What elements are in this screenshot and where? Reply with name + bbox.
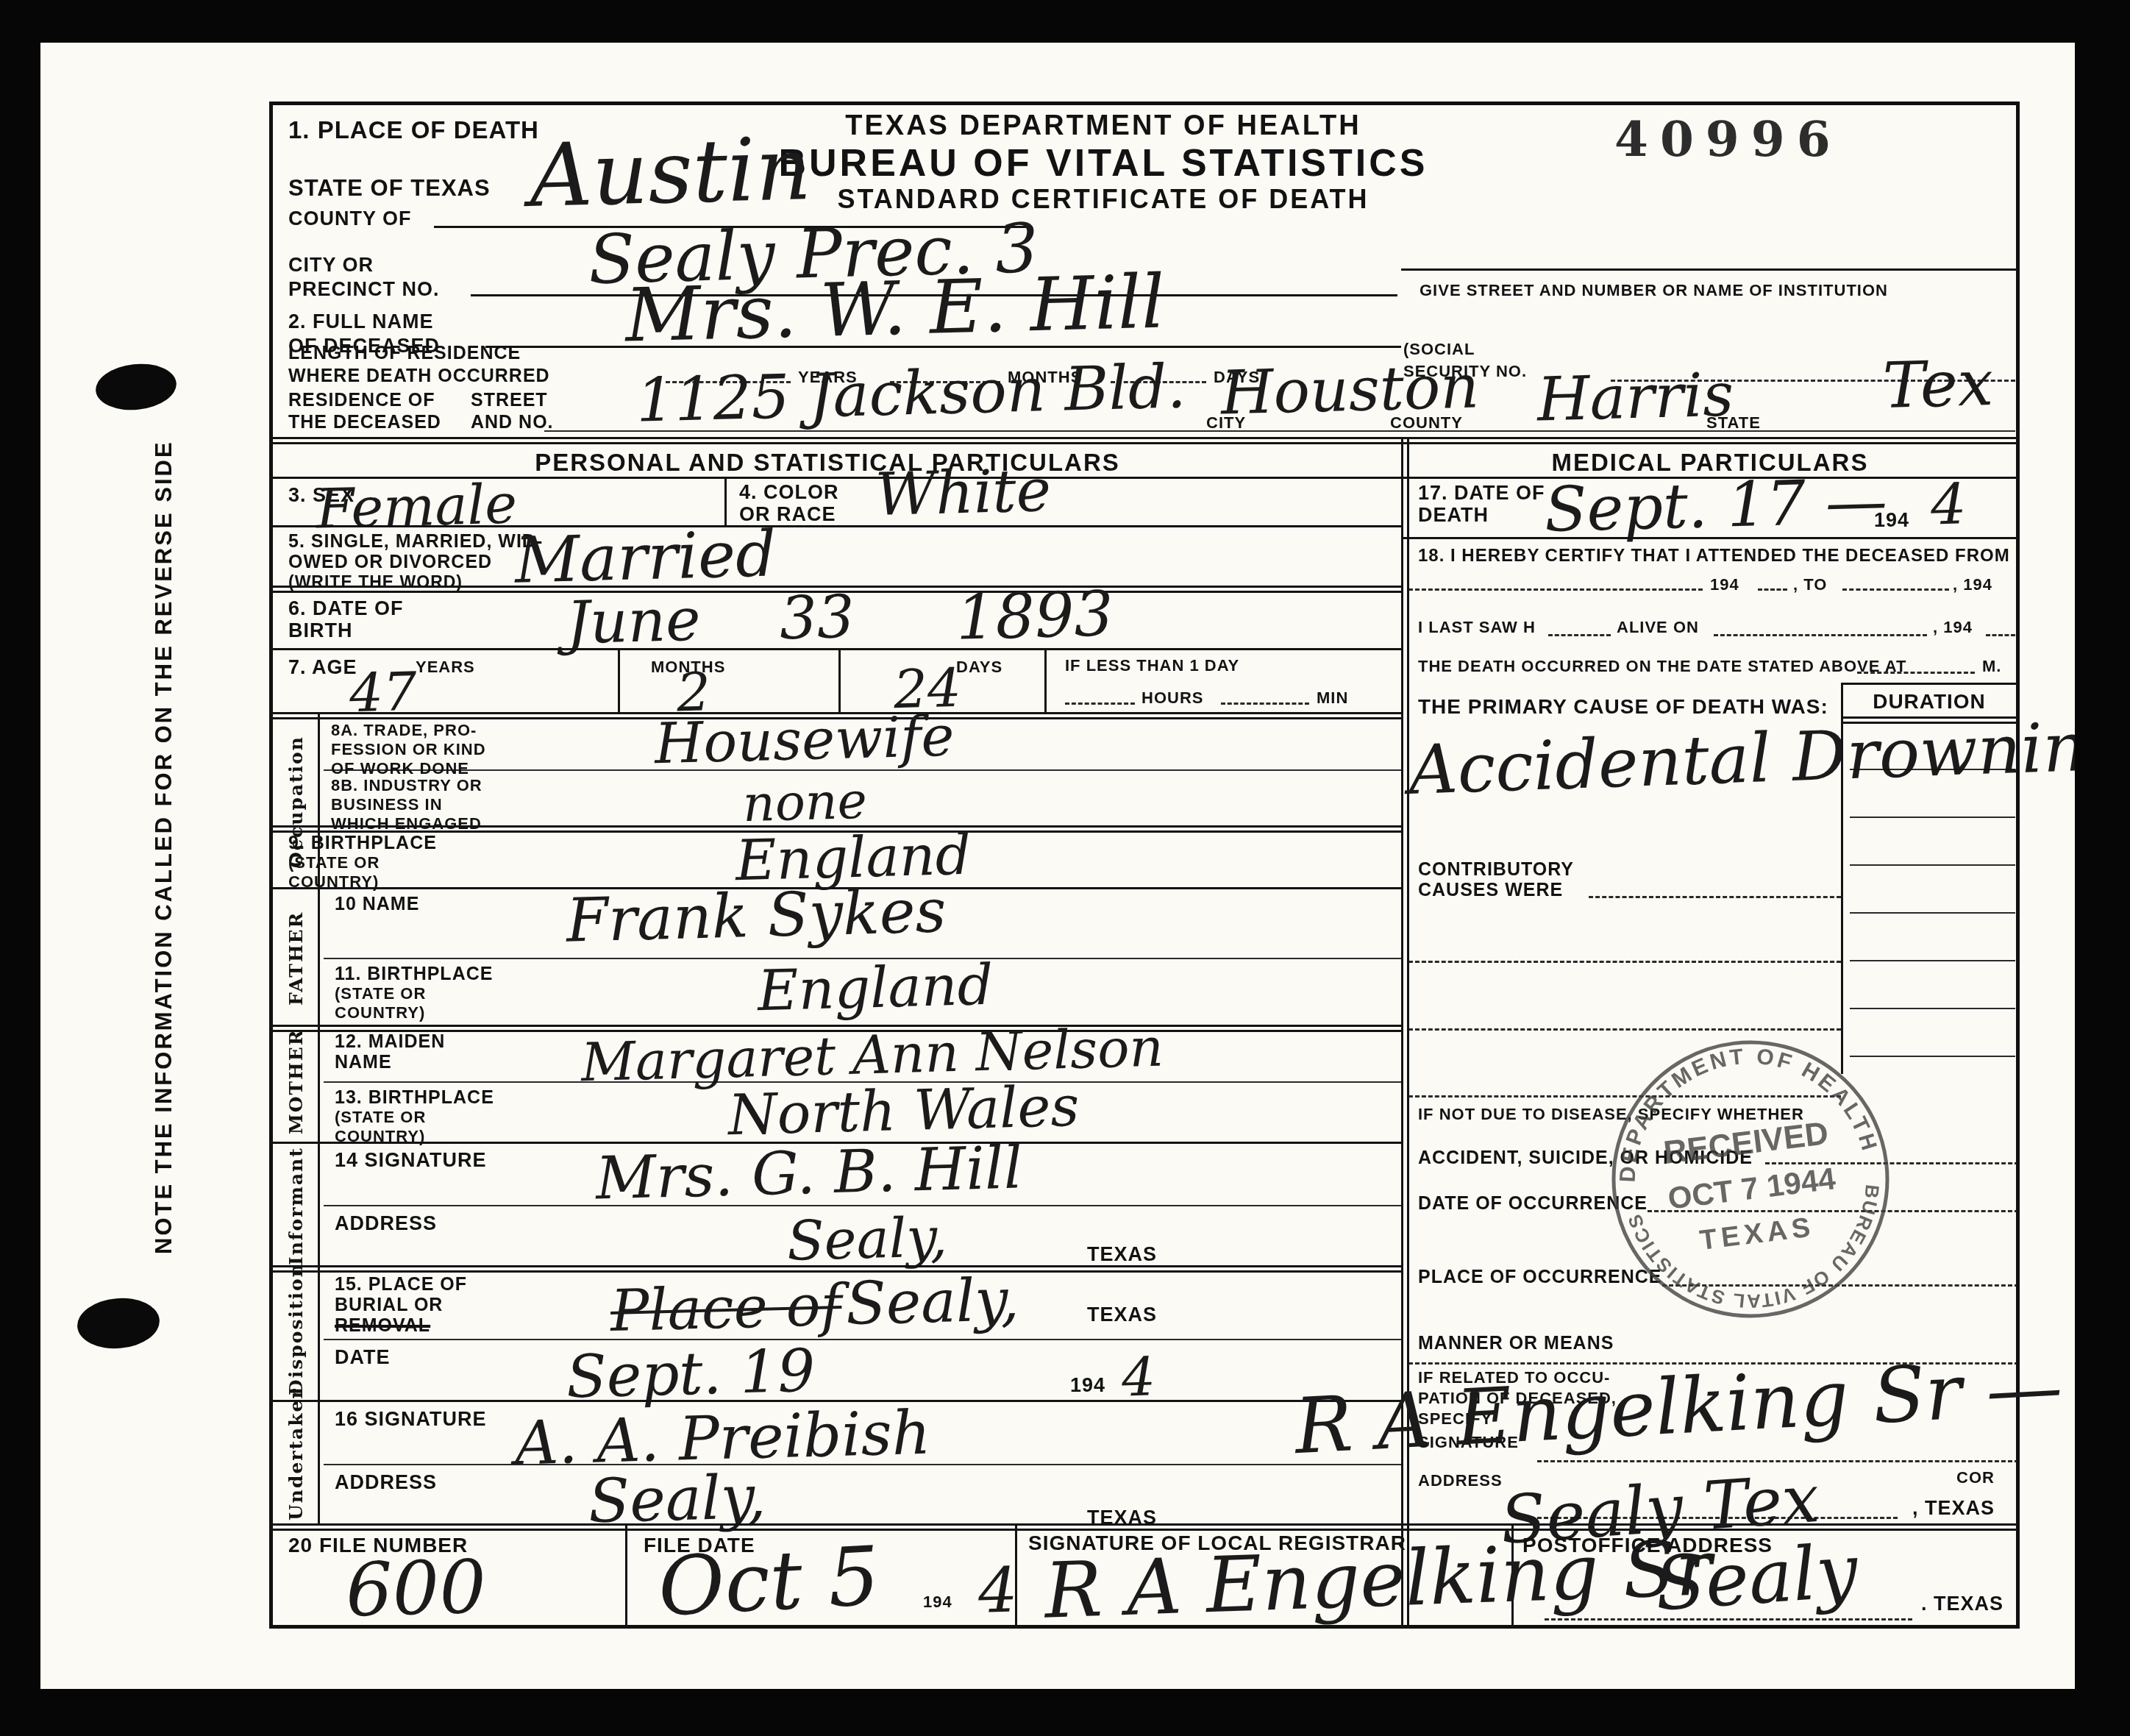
blank-line: [1408, 588, 1703, 591]
occupation-8a-label-2: FESSION OR KIND: [331, 740, 486, 759]
burial-date-label: DATE: [335, 1346, 391, 1369]
informant-address-state: TEXAS: [1087, 1243, 1157, 1266]
blank-line: [1548, 634, 1611, 636]
full-name-value: Mrs. W. E. Hill: [624, 265, 1166, 352]
blank-line: [1986, 634, 2015, 636]
blank-line: [1714, 634, 1927, 636]
date-of-death-label-2: DEATH: [1418, 504, 1489, 527]
standard-title: STANDARD CERTIFICATE OF DEATH: [699, 184, 1508, 215]
blank-line: [1537, 1460, 2019, 1462]
burial-label-removal-struck: REMOVAL: [335, 1315, 430, 1337]
primary-cause-label: THE PRIMARY CAUSE OF DEATH WAS:: [1418, 695, 1828, 719]
age-min-label: MIN: [1317, 689, 1348, 708]
undertaker-address-value: Sealy,: [588, 1468, 766, 1532]
scan-edge: [0, 1690, 2130, 1736]
burial-struck-text: Place of: [610, 1277, 842, 1340]
stamp-texas-text: TEXAS: [1698, 1212, 1817, 1256]
blank-line: [1842, 588, 1949, 591]
received-stamp: DEPARTMENT OF HEALTH RECEIVED OCT 7 1944…: [1591, 1020, 1911, 1340]
rule-line: [1850, 769, 2015, 770]
rule-line: [1401, 537, 2019, 539]
date-of-death-value: Sept. 17 —: [1544, 470, 1888, 541]
blank-line: [1857, 672, 1975, 674]
street-label-2: AND NO.: [471, 412, 554, 433]
residence-county-value: Harris: [1536, 366, 1734, 431]
city-label-2: PRECINCT NO.: [288, 278, 440, 301]
last-saw-label-3: , 194: [1933, 618, 1973, 637]
burial-label-1: 15. PLACE OF: [335, 1274, 467, 1295]
color-value: White: [875, 461, 1052, 524]
occupation-8b-label-1: 8B. INDUSTRY OR: [331, 776, 482, 795]
informant-side-label: Informant: [285, 1148, 307, 1265]
cell-divider: [625, 1523, 627, 1629]
postoffice-value: Sealy: [1653, 1534, 1860, 1622]
blank-line: [1408, 1028, 1841, 1031]
cell-divider: [1044, 648, 1047, 714]
duration-label: DURATION: [1841, 690, 2017, 714]
last-saw-label-2: ALIVE ON: [1617, 618, 1699, 637]
blank-line: [1408, 961, 1841, 963]
age-less-than-day-label: IF LESS THAN 1 DAY: [1065, 656, 1239, 675]
certify-year-pre-1: 194: [1710, 575, 1739, 594]
burial-state-label: TEXAS: [1087, 1303, 1157, 1326]
contributory-label-1: CONTRIBUTORY: [1418, 859, 1574, 881]
informant-signature-value: Mrs. G. B. Hill: [595, 1138, 1023, 1208]
manner-means-label: MANNER OR MEANS: [1418, 1333, 1614, 1354]
blank-line: [1545, 1618, 1912, 1621]
cell-divider: [618, 648, 620, 714]
length-residence-label-2: WHERE DEATH OCCURRED: [288, 366, 550, 387]
rule-line: [1850, 817, 2015, 818]
county-value: Austin: [529, 125, 813, 219]
birthplace-9-label-2: (STATE OR: [288, 853, 380, 872]
side-strip-divider: [318, 1142, 320, 1267]
mother-side-label: MOTHER: [285, 1031, 307, 1134]
sex-value: Female: [316, 477, 518, 536]
informant-signature-label: 14 SIGNATURE: [335, 1149, 487, 1172]
date-of-death-year-pre: 194: [1874, 509, 1909, 532]
burial-date-year-pre: 194: [1070, 1374, 1105, 1397]
scanned-death-certificate: NOTE THE INFORMATION CALLED FOR ON THE R…: [0, 0, 2130, 1736]
medical-address-state: , TEXAS: [1912, 1497, 1995, 1520]
rule-line: [269, 1265, 1401, 1273]
scan-edge: [2075, 0, 2130, 1736]
side-strip-divider: [318, 1265, 320, 1401]
rule-line: [1850, 912, 2015, 914]
cell-divider: [838, 648, 841, 714]
rule-line: [544, 430, 2015, 432]
certify-label: 18. I HEREBY CERTIFY THAT I ATTENDED THE…: [1418, 546, 2010, 566]
stamp-date-text: OCT 7 1944: [1666, 1161, 1837, 1216]
rule-line: [269, 648, 1401, 650]
bureau-title: BUREAU OF VITAL STATISTICS: [699, 141, 1508, 185]
age-hours-label: HOURS: [1141, 689, 1203, 708]
received-stamp-svg: DEPARTMENT OF HEALTH RECEIVED OCT 7 1944…: [1591, 1020, 1911, 1340]
state-of-texas-label: STATE OF TEXAS: [288, 175, 491, 202]
date-of-death-label-1: 17. DATE OF: [1418, 482, 1545, 505]
street-label-1: STREET: [471, 390, 548, 411]
place-of-death-label: 1. PLACE OF DEATH: [288, 116, 539, 144]
residence-label-1: RESIDENCE OF: [288, 390, 435, 411]
date-of-death-year-hw: 4: [1930, 476, 1967, 533]
rule-line: [485, 346, 1401, 348]
occupation-8b-value: none: [742, 777, 868, 830]
stamp-arc-top-text: DEPARTMENT OF HEALTH: [1601, 1029, 1883, 1186]
side-strip-divider: [318, 1400, 320, 1525]
blank-line: [1589, 896, 1841, 898]
certificate-number-stamp: 40996: [1614, 110, 1842, 168]
death-occurred-m-label: M.: [1982, 657, 2001, 676]
rule-line: [1850, 864, 2015, 866]
father-birthplace-label-3: COUNTRY): [335, 1003, 425, 1022]
father-side-label: FATHER: [285, 894, 307, 1022]
length-residence-label-1: LENGTH OF RESIDENCE: [288, 343, 521, 364]
undertaker-side-label: Undertaker: [285, 1406, 307, 1520]
death-occurred-label: THE DEATH OCCURRED ON THE DATE STATED AB…: [1418, 657, 1906, 676]
mother-maiden-label-1: 12. MAIDEN: [335, 1031, 445, 1053]
postoffice-state: . TEXAS: [1921, 1593, 2003, 1615]
dob-month-value: June: [566, 591, 702, 653]
burial-place-value: Sealy,: [845, 1270, 1019, 1334]
rule-line: [1841, 716, 2019, 724]
mother-birthplace-value: North Wales: [727, 1078, 1080, 1143]
undertaker-address-label: ADDRESS: [335, 1471, 437, 1494]
marital-label-2: OWED OR DIVORCED: [288, 552, 492, 573]
city-label-1: CITY OR: [288, 254, 374, 277]
age-label: 7. AGE: [288, 656, 357, 679]
residence-state-value: Tex: [1882, 352, 1994, 418]
mother-maiden-label-2: NAME: [335, 1052, 392, 1073]
undertaker-signature-label: 16 SIGNATURE: [335, 1408, 487, 1431]
residence-label-2: THE DECEASED: [288, 412, 441, 433]
mother-birthplace-label-1: 13. BIRTHPLACE: [335, 1087, 494, 1109]
duration-box-border: [1841, 683, 1843, 1074]
dob-day-value: 33: [779, 588, 855, 649]
birthplace-9-label-1: 9. BIRTHPLACE: [288, 833, 437, 854]
file-date-value: Oct 5: [656, 1535, 881, 1628]
file-date-year-hw: 4: [977, 1559, 1019, 1621]
rule-line: [269, 525, 1401, 527]
burial-date-value: Sept. 19: [566, 1342, 816, 1407]
mother-birthplace-label-2: (STATE OR: [335, 1108, 426, 1127]
rule-line: [1401, 268, 2019, 271]
occupation-8a-label-1: 8A. TRADE, PRO-: [331, 721, 477, 740]
color-label-1: 4. COLOR: [739, 481, 839, 504]
marital-value: Married: [514, 522, 777, 592]
dept-title: TEXAS DEPARTMENT OF HEALTH: [699, 110, 1508, 142]
file-number-value: 600: [345, 1551, 487, 1628]
county-label: COUNTY OF: [288, 207, 412, 230]
rule-line: [324, 1464, 1401, 1465]
age-days-label: DAYS: [956, 658, 1002, 677]
rule-line: [1850, 960, 2015, 961]
occupation-8b-label-2: BUSINESS IN: [331, 795, 443, 814]
certify-to-label: , TO: [1793, 575, 1827, 594]
rule-line: [324, 769, 1401, 771]
dob-year-value: 1893: [955, 583, 1114, 649]
stamp-received-text: RECEIVED: [1661, 1115, 1830, 1171]
svg-text:DEPARTMENT OF HEALTH: DEPARTMENT OF HEALTH: [1601, 1029, 1883, 1186]
dob-label-1: 6. DATE OF: [288, 597, 404, 620]
reverse-side-note: NOTE THE INFORMATION CALLED FOR ON THE R…: [151, 305, 177, 1254]
informant-address-value: Sealy,: [786, 1210, 948, 1269]
medical-address-label: ADDRESS: [1418, 1471, 1503, 1490]
blank-line: [1065, 702, 1135, 705]
burial-label-2: BURIAL OR: [335, 1295, 443, 1316]
full-name-label-1: 2. FULL NAME: [288, 310, 434, 333]
age-years-label: YEARS: [416, 658, 475, 677]
side-strip-divider: [318, 887, 320, 1027]
street-value: 1125 Jackson Bld.: [635, 357, 1186, 432]
file-date-year-pre: 194: [923, 1593, 952, 1612]
rule-line: [269, 437, 2020, 444]
side-strip-divider: [318, 1025, 320, 1142]
father-name-value: Frank Sykes: [566, 881, 947, 951]
rule-line: [324, 1339, 1401, 1340]
father-birthplace-value: England: [757, 957, 994, 1019]
personal-section-title: PERSONAL AND STATISTICAL PARTICULARS: [294, 449, 1361, 477]
last-saw-label-1: I LAST SAW H: [1418, 618, 1536, 637]
father-name-label: 10 NAME: [335, 894, 419, 915]
blank-line: [1758, 588, 1787, 591]
blank-line: [1537, 1517, 1898, 1519]
dob-label-2: BIRTH: [288, 619, 353, 642]
disposition-side-label: Disposition: [285, 1274, 307, 1395]
duration-box-border: [1841, 683, 2019, 685]
informant-address-label: ADDRESS: [335, 1212, 437, 1235]
blank-line: [1221, 702, 1309, 705]
medical-address-cor: COR: [1956, 1468, 1995, 1487]
contributory-label-2: CAUSES WERE: [1418, 880, 1563, 901]
certify-year-pre-2: , 194: [1953, 575, 1992, 594]
rule-line: [324, 1205, 1401, 1206]
marital-label-1: 5. SINGLE, MARRIED, WID-: [288, 531, 543, 552]
occupation-8a-value: Housewife: [654, 708, 955, 772]
burial-date-year-hw: 4: [1121, 1350, 1156, 1404]
father-birthplace-label-2: (STATE OR: [335, 984, 426, 1003]
father-birthplace-label-1: 11. BIRTHPLACE: [335, 964, 493, 985]
rule-line: [1850, 1008, 2015, 1009]
give-street-note: GIVE STREET AND NUMBER OR NAME OF INSTIT…: [1420, 281, 1888, 300]
